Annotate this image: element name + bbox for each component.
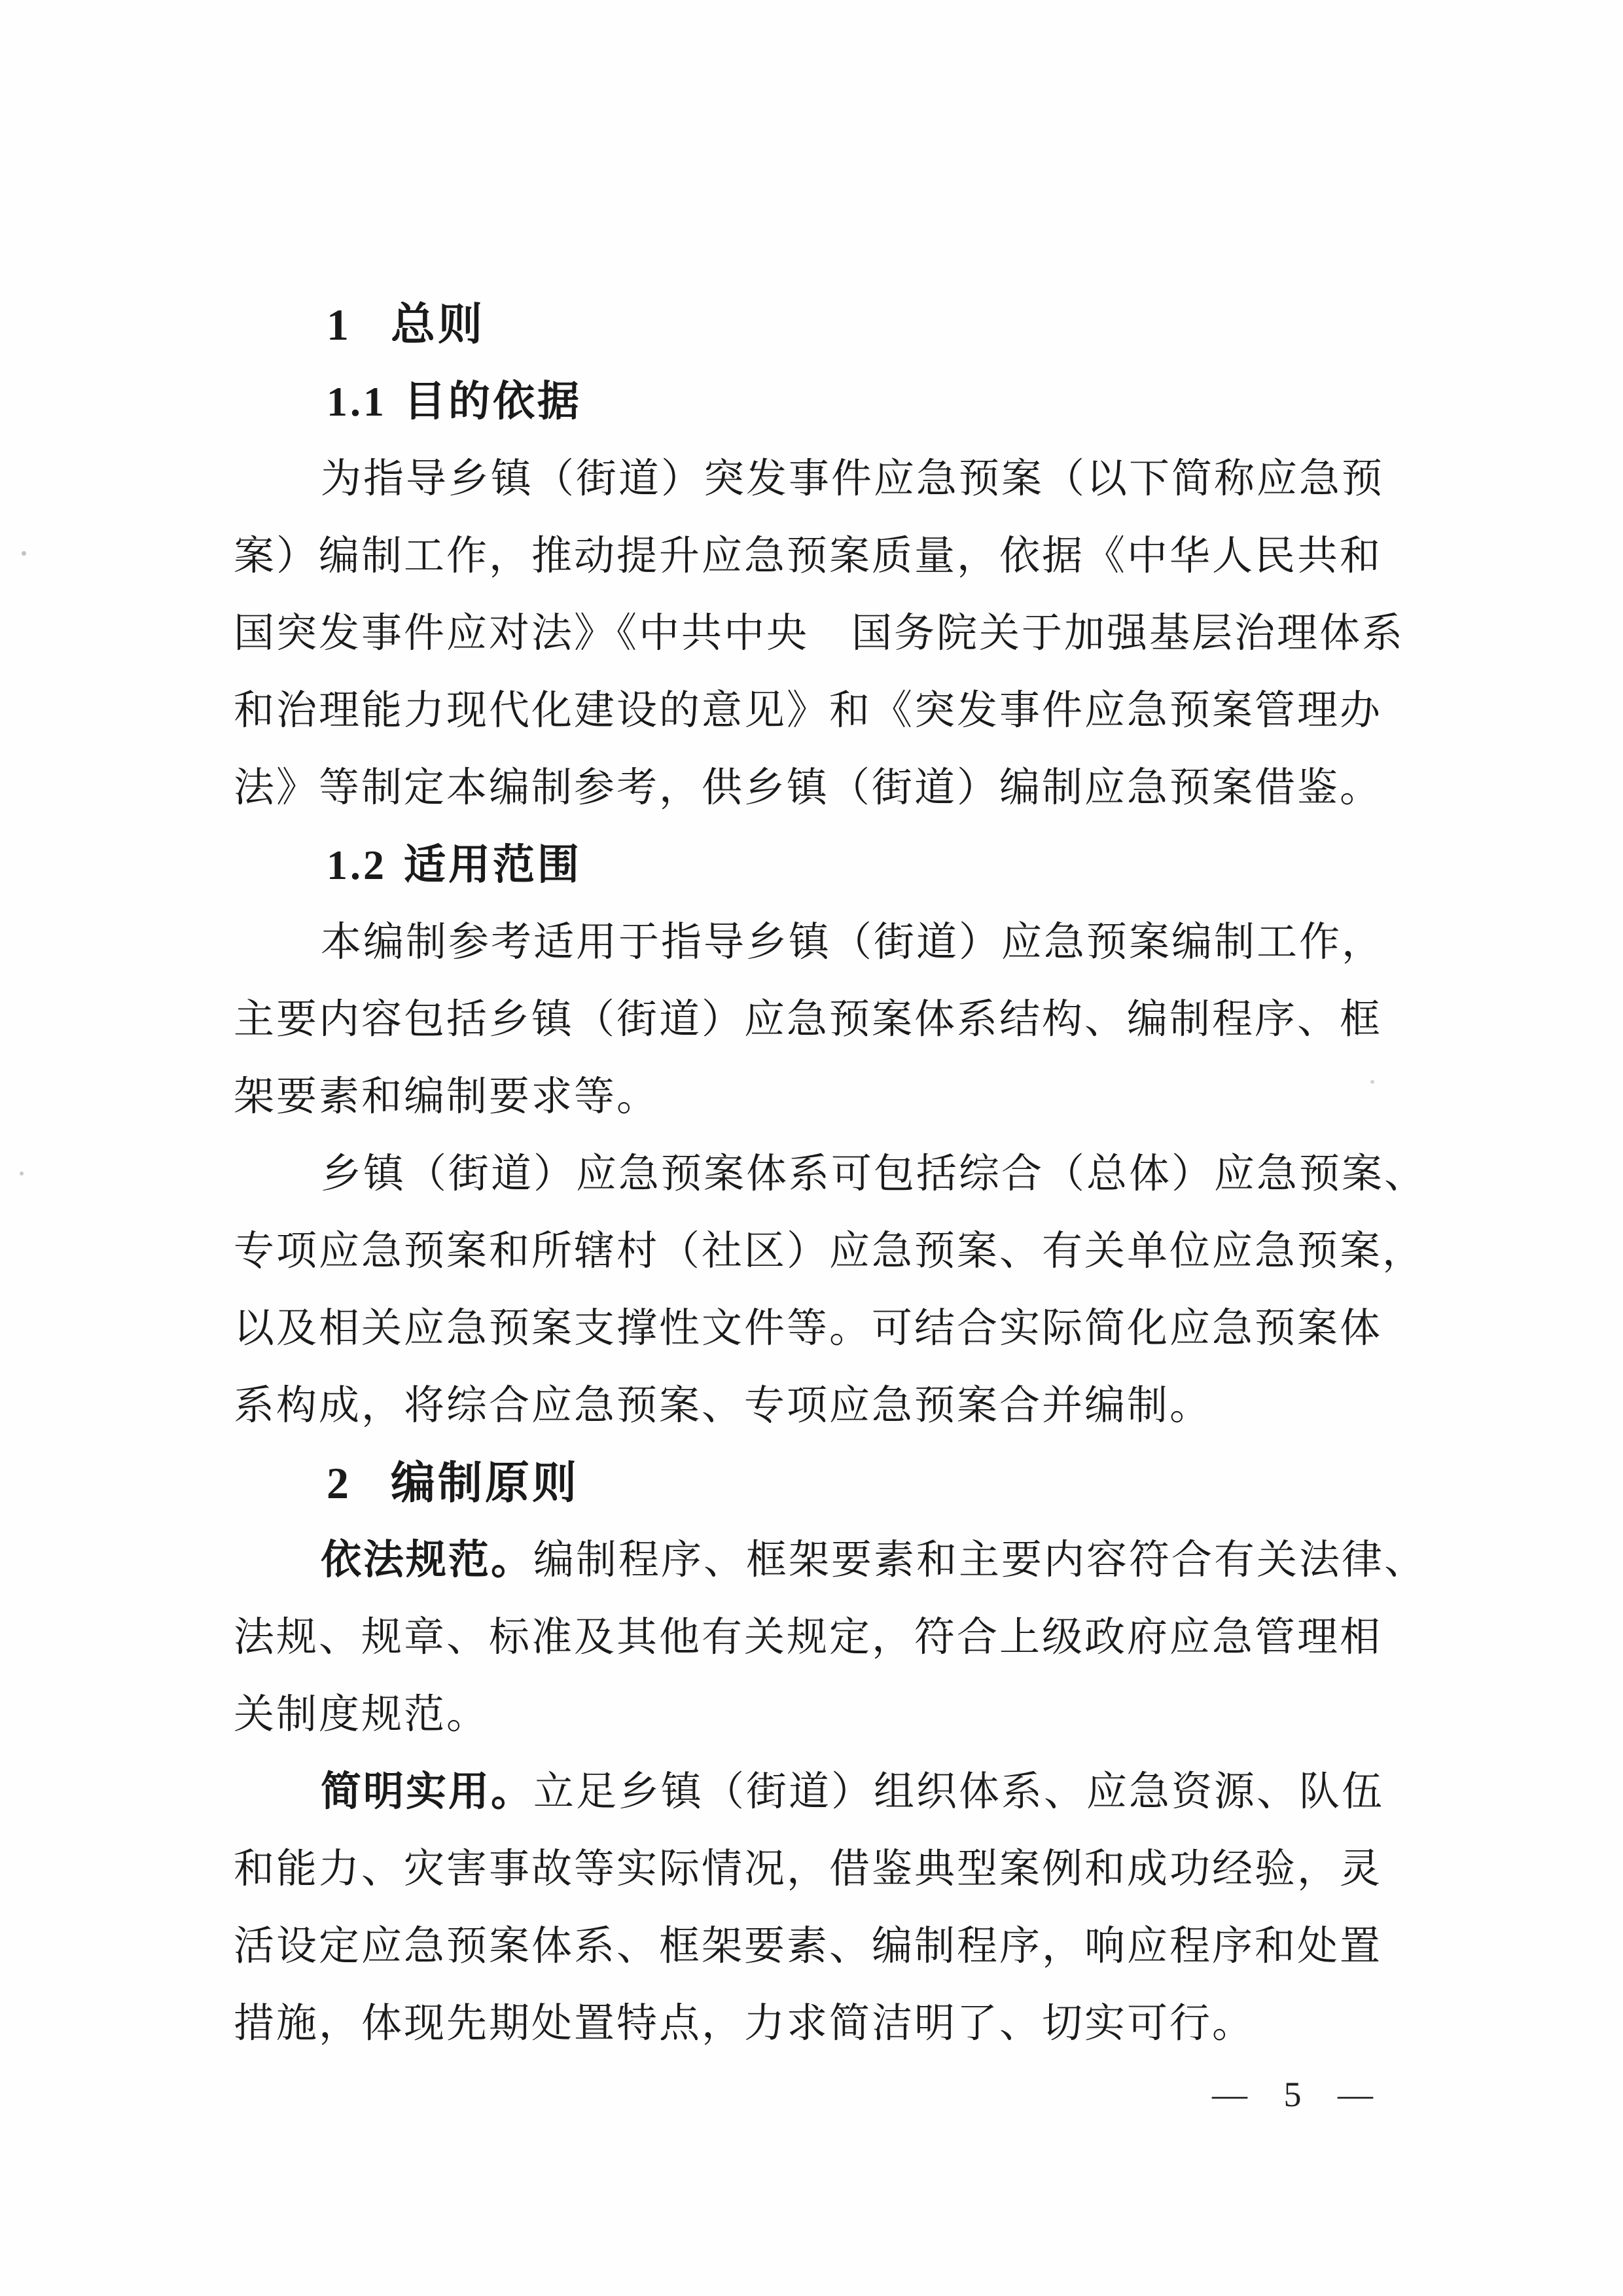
section-heading-2: 2编制原则 bbox=[234, 1444, 1399, 1522]
paragraph-scope-1: 本编制参考适用于指导乡镇（街道）应急预案编制工作， 主要内容包括乡镇（街道）应急… bbox=[234, 904, 1399, 1136]
paragraph-principle-concise: 简明实用。立足乡镇（街道）组织体系、应急资源、队伍 和能力、灾害事故等实际情况，… bbox=[234, 1753, 1399, 2062]
section-heading-1: 1总则 bbox=[234, 286, 1399, 363]
section-heading-1-2: 1.2适用范围 bbox=[234, 827, 1399, 904]
paragraph-purpose-basis: 为指导乡镇（街道）突发事件应急预案（以下简称应急预 案）编制工作，推动提升应急预… bbox=[234, 440, 1399, 827]
section-1-1-title: 目的依据 bbox=[404, 378, 582, 425]
page-number: — 5 — bbox=[1212, 2073, 1378, 2115]
section-1-2-number: 1.2 bbox=[327, 827, 387, 904]
section-2-number: 2 bbox=[327, 1444, 351, 1522]
principle-law-lead: 依法规范。 bbox=[321, 1538, 533, 1583]
scan-speck bbox=[798, 1408, 802, 1412]
document-content: 1总则 1.1目的依据 为指导乡镇（街道）突发事件应急预案（以下简称应急预 案）… bbox=[234, 286, 1399, 2062]
section-heading-1-1: 1.1目的依据 bbox=[234, 363, 1399, 440]
scan-speck bbox=[20, 1172, 24, 1175]
document-page: 1总则 1.1目的依据 为指导乡镇（街道）突发事件应急预案（以下简称应急预 案）… bbox=[0, 0, 1623, 2296]
section-1-2-title: 适用范围 bbox=[404, 842, 582, 888]
section-1-title: 总则 bbox=[391, 300, 485, 350]
section-1-1-number: 1.1 bbox=[327, 363, 387, 440]
scan-speck bbox=[22, 551, 26, 556]
section-2-title: 编制原则 bbox=[391, 1458, 579, 1508]
principle-concise-lead: 简明实用。 bbox=[321, 1770, 533, 1814]
paragraph-scope-2: 乡镇（街道）应急预案体系可包括综合（总体）应急预案、 专项应急预案和所辖村（社区… bbox=[234, 1136, 1399, 1444]
scan-speck bbox=[1370, 1080, 1374, 1084]
paragraph-principle-law-based: 依法规范。编制程序、框架要素和主要内容符合有关法律、 法规、规章、标准及其他有关… bbox=[234, 1522, 1399, 1753]
section-1-number: 1 bbox=[327, 286, 351, 363]
